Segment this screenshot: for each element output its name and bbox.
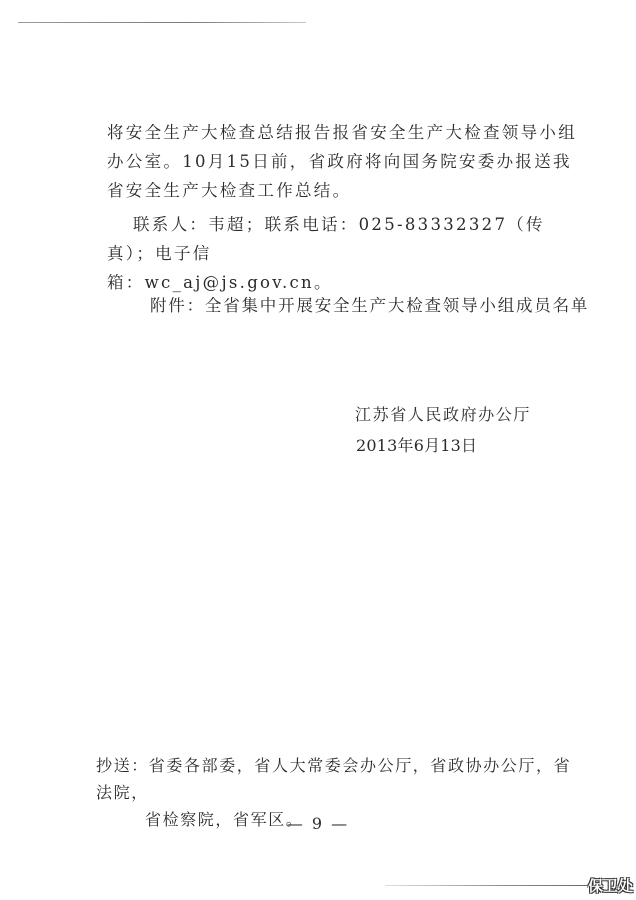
top-rule — [18, 22, 306, 23]
contact-paragraph: 联系人：韦超；联系电话：025-83332327（传真）；电子信 箱：wc_aj… — [107, 210, 577, 297]
attachment-line: 附件：全省集中开展安全生产大检查领导小组成员名单 — [150, 292, 589, 316]
contact-line-1: 联系人：韦超；联系电话：025-83332327（传真）；电子信 — [107, 215, 545, 263]
cc-line-1: 抄送：省委各部委，省人大常委会办公厅，省政协办公厅，省法院， — [96, 756, 571, 802]
bottom-rule — [385, 885, 590, 886]
page-number: — 9 — — [0, 814, 636, 833]
contact-line-2: 箱：wc_aj@js.gov.cn。 — [107, 273, 333, 292]
issue-date: 2013年6月13日 — [356, 433, 477, 456]
body-paragraph: 将安全生产大检查总结报告报省安全生产大检查领导小组办公室。10月15日前，省政府… — [107, 118, 577, 205]
security-stamp: 保卫处 — [588, 875, 633, 896]
issuer-signature: 江苏省人民政府办公厅 — [355, 402, 531, 425]
